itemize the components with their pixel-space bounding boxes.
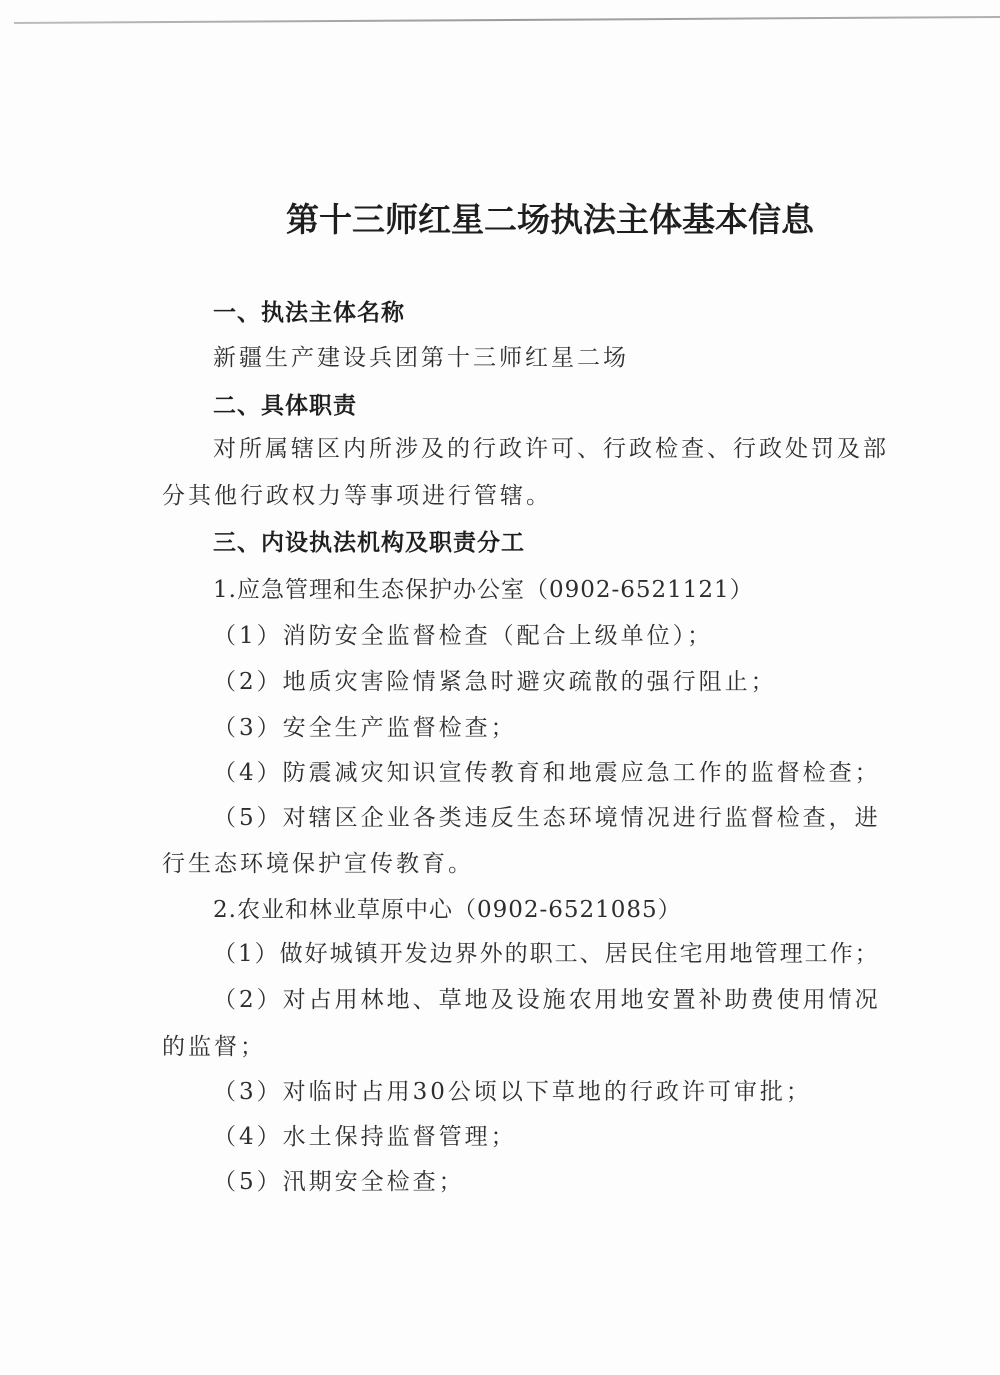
department-1-duty-2: （2）地质灾害险情紧急时避灾疏散的强行阻止； xyxy=(213,667,777,697)
department-1-duty-3: （3）安全生产监督检查； xyxy=(213,713,517,743)
department-1-duty-5-cont: 行生态环境保护宣传教育。 xyxy=(162,849,474,879)
department-2-duty-1: （1）做好城镇开发边界外的职工、居民住宅用地管理工作； xyxy=(213,939,880,969)
department-2-duty-5: （5）汛期安全检查； xyxy=(213,1167,465,1197)
department-1-name: 1.应急管理和生态保护办公室（0902-6521121） xyxy=(213,575,754,605)
document-title: 第十三师红星二场执法主体基本信息 xyxy=(0,194,1000,241)
department-2-duty-2: （2）对占用林地、草地及设施农用地安置补助费使用情况 xyxy=(213,985,881,1015)
entity-name: 新疆生产建设兵团第十三师红星二场 xyxy=(213,343,629,373)
department-2-duty-2-cont: 的监督； xyxy=(162,1032,266,1062)
department-2-duty-3: （3）对临时占用30公顷以下草地的行政许可审批； xyxy=(213,1077,812,1107)
section-heading-3: 三、内设执法机构及职责分工 xyxy=(213,528,525,558)
section-heading-1: 一、执法主体名称 xyxy=(213,298,405,328)
section-heading-2: 二、具体职责 xyxy=(213,391,357,421)
department-2-name: 2.农业和林业草原中心（0902-6521085） xyxy=(213,895,682,925)
duties-paragraph-line-1: 对所属辖区内所涉及的行政许可、行政检查、行政处罚及部 xyxy=(213,434,889,464)
department-2-duty-4: （4）水土保持监督管理； xyxy=(213,1122,517,1152)
duties-paragraph-line-2: 分其他行政权力等事项进行管辖。 xyxy=(162,481,552,511)
department-1-duty-1: （1）消防安全监督检查（配合上级单位）； xyxy=(213,621,713,651)
department-1-duty-4: （4）防震减灾知识宣传教育和地震应急工作的监督检查； xyxy=(213,758,881,788)
scan-edge-line xyxy=(14,16,1000,24)
department-1-duty-5: （5）对辖区企业各类违反生态环境情况进行监督检查，进 xyxy=(213,803,881,833)
